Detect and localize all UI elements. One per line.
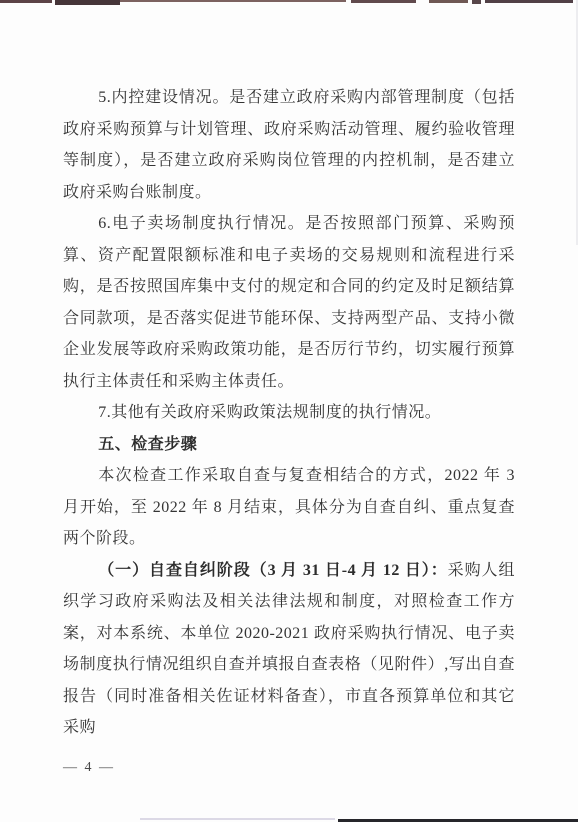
- scan-edge-artifact: [140, 818, 335, 820]
- scan-edge-artifact: [0, 0, 52, 3]
- scan-edge-artifact: [472, 0, 481, 4]
- document-page: 5.内控建设情况。是否建立政府采购内部管理制度（包括政府采购预算与计划管理、政府…: [0, 0, 578, 822]
- self-check-stage-lead: （一）自查自纠阶段（3 月 31 日-4 月 12 日）：: [98, 562, 447, 579]
- paragraph-e-mall-system: 6.电子卖场制度执行情况。是否按照部门预算、采购预算、资产配置限额标准和电子卖场…: [63, 208, 515, 397]
- scan-edge-artifact: [55, 0, 120, 5]
- page-number: — 4 —: [63, 760, 115, 776]
- scan-edge-artifact: [351, 0, 416, 3]
- self-check-stage-body: 采购人组织学习政府采购法及相关法律法规和制度，对照检查工作方案，对本系统、本单位…: [63, 562, 515, 737]
- paragraph-self-check-stage: （一）自查自纠阶段（3 月 31 日-4 月 12 日）：采购人组织学习政府采购…: [63, 555, 515, 744]
- paragraph-other-policies: 7.其他有关政府采购政策法规制度的执行情况。: [63, 397, 515, 429]
- paragraph-internal-control: 5.内控建设情况。是否建立政府采购内部管理制度（包括政府采购预算与计划管理、政府…: [63, 82, 515, 208]
- scan-edge-artifact: [485, 0, 573, 3]
- scan-edge-artifact: [120, 0, 346, 2]
- scan-edge-artifact: [429, 0, 468, 3]
- document-body: 5.内控建设情况。是否建立政府采购内部管理制度（包括政府采购预算与计划管理、政府…: [63, 82, 515, 744]
- paragraph-inspection-overview: 本次检查工作采取自查与复查相结合的方式，2022 年 3 月开始，至 2022 …: [63, 460, 515, 555]
- section-heading-inspection-steps: 五、检查步骤: [63, 429, 515, 461]
